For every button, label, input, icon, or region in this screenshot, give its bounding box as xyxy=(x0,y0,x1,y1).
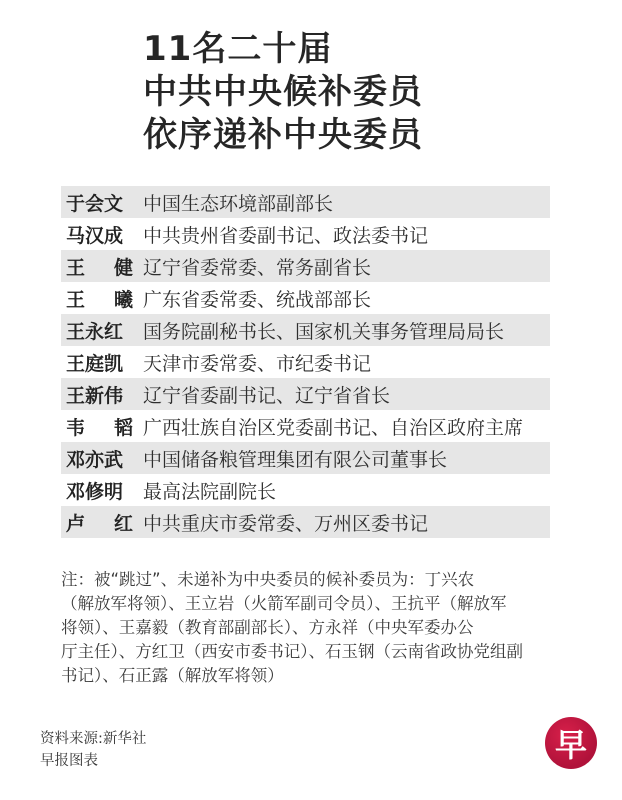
member-name: 王新伟 xyxy=(61,381,133,408)
name-part: 马汉成 xyxy=(66,221,123,248)
member-name: 卢红 xyxy=(61,509,133,536)
member-post: 中共贵州省委副书记、政法委书记 xyxy=(133,221,428,248)
member-post: 国务院副秘书长、国家机关事务管理局局长 xyxy=(133,317,504,344)
member-post: 最高法院副院长 xyxy=(133,477,276,504)
member-post: 天津市委常委、市纪委书记 xyxy=(133,349,371,376)
name-part: 王新伟 xyxy=(66,381,123,408)
title-line-2: 中共中央候补委员 xyxy=(143,71,423,114)
table-row: 王曦广东省委常委、统战部部长 xyxy=(61,282,550,314)
name-part: 韬 xyxy=(114,413,133,440)
credit-text: 早报图表 xyxy=(40,750,146,772)
member-name: 邓修明 xyxy=(61,477,133,504)
table-row: 韦韬广西壮族自治区党委副书记、自治区政府主席 xyxy=(61,410,550,442)
name-part: 韦 xyxy=(66,413,85,440)
member-post: 中共重庆市委常委、万州区委书记 xyxy=(133,509,428,536)
name-part: 邓修明 xyxy=(66,477,123,504)
name-part: 邓亦武 xyxy=(66,445,123,472)
member-name: 王曦 xyxy=(61,285,133,312)
name-part: 健 xyxy=(114,253,133,280)
logo-glyph: 早 xyxy=(555,720,587,766)
source-block: 资料来源:新华社 早报图表 xyxy=(40,728,146,772)
footnote: 注：被“跳过”、未递补为中央委员的候补委员为：丁兴农 （解放军将领）、王立岩（火… xyxy=(61,568,556,688)
title-line-3: 依序递补中央委员 xyxy=(143,114,423,157)
table-row: 马汉成中共贵州省委副书记、政法委书记 xyxy=(61,218,550,250)
member-name: 于会文 xyxy=(61,189,133,216)
table-row: 邓亦武中国储备粮管理集团有限公司董事长 xyxy=(61,442,550,474)
source-text: 资料来源:新华社 xyxy=(40,728,146,750)
member-post: 中国储备粮管理集团有限公司董事长 xyxy=(133,445,447,472)
name-part: 王庭凯 xyxy=(66,349,123,376)
member-name: 韦韬 xyxy=(61,413,133,440)
note-line: 厅主任）、方红卫（西安市委书记）、石玉钢（云南省政协党组副 xyxy=(61,640,556,664)
member-table: 于会文中国生态环境部副部长马汉成中共贵州省委副书记、政法委书记王健辽宁省委常委、… xyxy=(61,186,550,538)
table-row: 王健辽宁省委常委、常务副省长 xyxy=(61,250,550,282)
zaobao-logo-icon: 早 xyxy=(545,717,597,769)
table-row: 于会文中国生态环境部副部长 xyxy=(61,186,550,218)
table-row: 王庭凯天津市委常委、市纪委书记 xyxy=(61,346,550,378)
note-line: 书记）、石正露（解放军将领） xyxy=(61,664,556,688)
name-part: 于会文 xyxy=(66,189,123,216)
table-row: 王永红国务院副秘书长、国家机关事务管理局局长 xyxy=(61,314,550,346)
name-part: 曦 xyxy=(114,285,133,312)
name-part: 王 xyxy=(66,253,85,280)
member-name: 王永红 xyxy=(61,317,133,344)
note-line: 注：被“跳过”、未递补为中央委员的候补委员为：丁兴农 xyxy=(61,568,556,592)
table-row: 王新伟辽宁省委副书记、辽宁省省长 xyxy=(61,378,550,410)
member-name: 王健 xyxy=(61,253,133,280)
page-title: 11名二十届 中共中央候补委员 依序递补中央委员 xyxy=(143,28,423,157)
title-line-1: 11名二十届 xyxy=(143,28,423,71)
member-post: 辽宁省委常委、常务副省长 xyxy=(133,253,371,280)
table-row: 邓修明最高法院副院长 xyxy=(61,474,550,506)
member-name: 马汉成 xyxy=(61,221,133,248)
name-part: 卢 xyxy=(66,509,85,536)
name-part: 王永红 xyxy=(66,317,123,344)
name-part: 王 xyxy=(66,285,85,312)
table-row: 卢红中共重庆市委常委、万州区委书记 xyxy=(61,506,550,538)
member-post: 广东省委常委、统战部部长 xyxy=(133,285,371,312)
note-line: 将领）、王嘉毅（教育部副部长）、方永祥（中央军委办公 xyxy=(61,616,556,640)
name-part: 红 xyxy=(114,509,133,536)
member-name: 王庭凯 xyxy=(61,349,133,376)
member-post: 辽宁省委副书记、辽宁省省长 xyxy=(133,381,390,408)
member-post: 广西壮族自治区党委副书记、自治区政府主席 xyxy=(133,413,523,440)
member-post: 中国生态环境部副部长 xyxy=(133,189,333,216)
note-line: （解放军将领）、王立岩（火箭军副司令员）、王抗平（解放军 xyxy=(61,592,556,616)
member-name: 邓亦武 xyxy=(61,445,133,472)
